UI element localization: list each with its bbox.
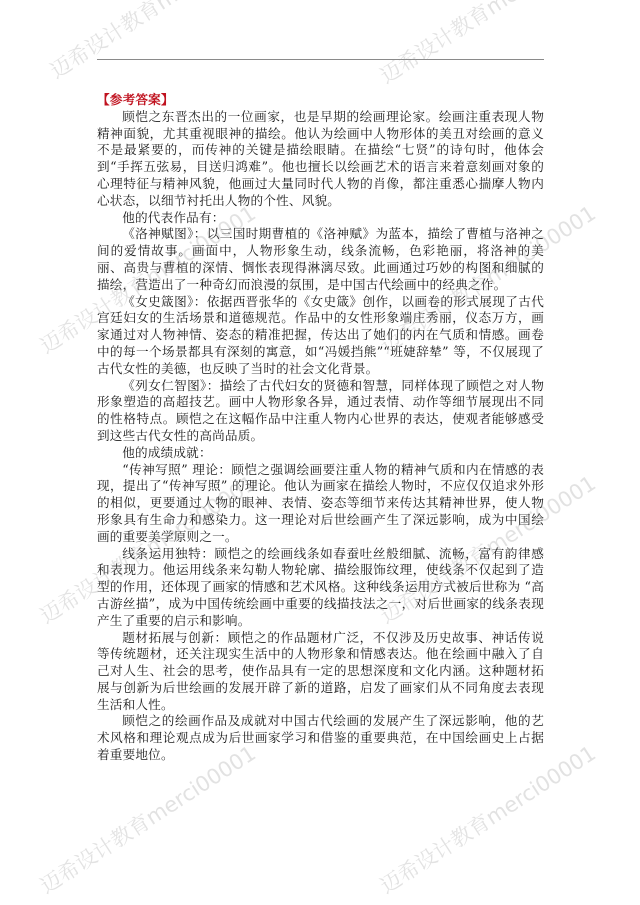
paragraph-achievements-label: 他的成绩成就：: [97, 445, 544, 462]
paragraph-lines: 线条运用独特：顾恺之的绘画线条如春蚕吐丝般细腻、流畅，富有韵律感和表现力。他运用…: [97, 546, 544, 630]
paragraph-works-label: 他的代表作品有：: [97, 210, 544, 227]
paragraph-subjects: 题材拓展与创新：顾恺之的作品题材广泛，不仅涉及历史故事、神话传说等传统题材，还关…: [97, 630, 544, 714]
paragraph-intro: 顾恺之东晋杰出的一位画家，也是早期的绘画理论家。绘画注重表现人物精神面貌，尤其重…: [97, 109, 544, 210]
answer-heading: 【参考答案】: [97, 92, 544, 109]
paragraph-chuanshen: “传神写照” 理论：顾恺之强调绘画要注重人物的精神气质和内在情感的表现，提出了“…: [97, 462, 544, 546]
paragraph-nushizhen: 《女史箴图》：依据西晋张华的《女史箴》创作，以画卷的形式展现了古代宫廷妇女的生活…: [97, 294, 544, 378]
paragraph-lienu: 《列女仁智图》：描绘了古代妇女的贤德和智慧，同样体现了顾恺之对人物形象塑造的高超…: [97, 378, 544, 445]
document-body: 【参考答案】 顾恺之东晋杰出的一位画家，也是早期的绘画理论家。绘画注重表现人物精…: [97, 92, 544, 764]
paragraph-conclusion: 顾恺之的绘画作品及成就对中国古代绘画的发展产生了深远影响，他的艺术风格和理论观点…: [97, 713, 544, 763]
paragraph-luoshen: 《洛神赋图》：以三国时期曹植的《洛神赋》为蓝本，描绘了曹植与洛神之间的爱情故事。…: [97, 226, 544, 293]
header-divider: [97, 59, 544, 60]
watermark: 迈希设计教育merci00001: [44, 0, 271, 85]
watermark: 迈希设计教育merci00001: [374, 0, 601, 90]
